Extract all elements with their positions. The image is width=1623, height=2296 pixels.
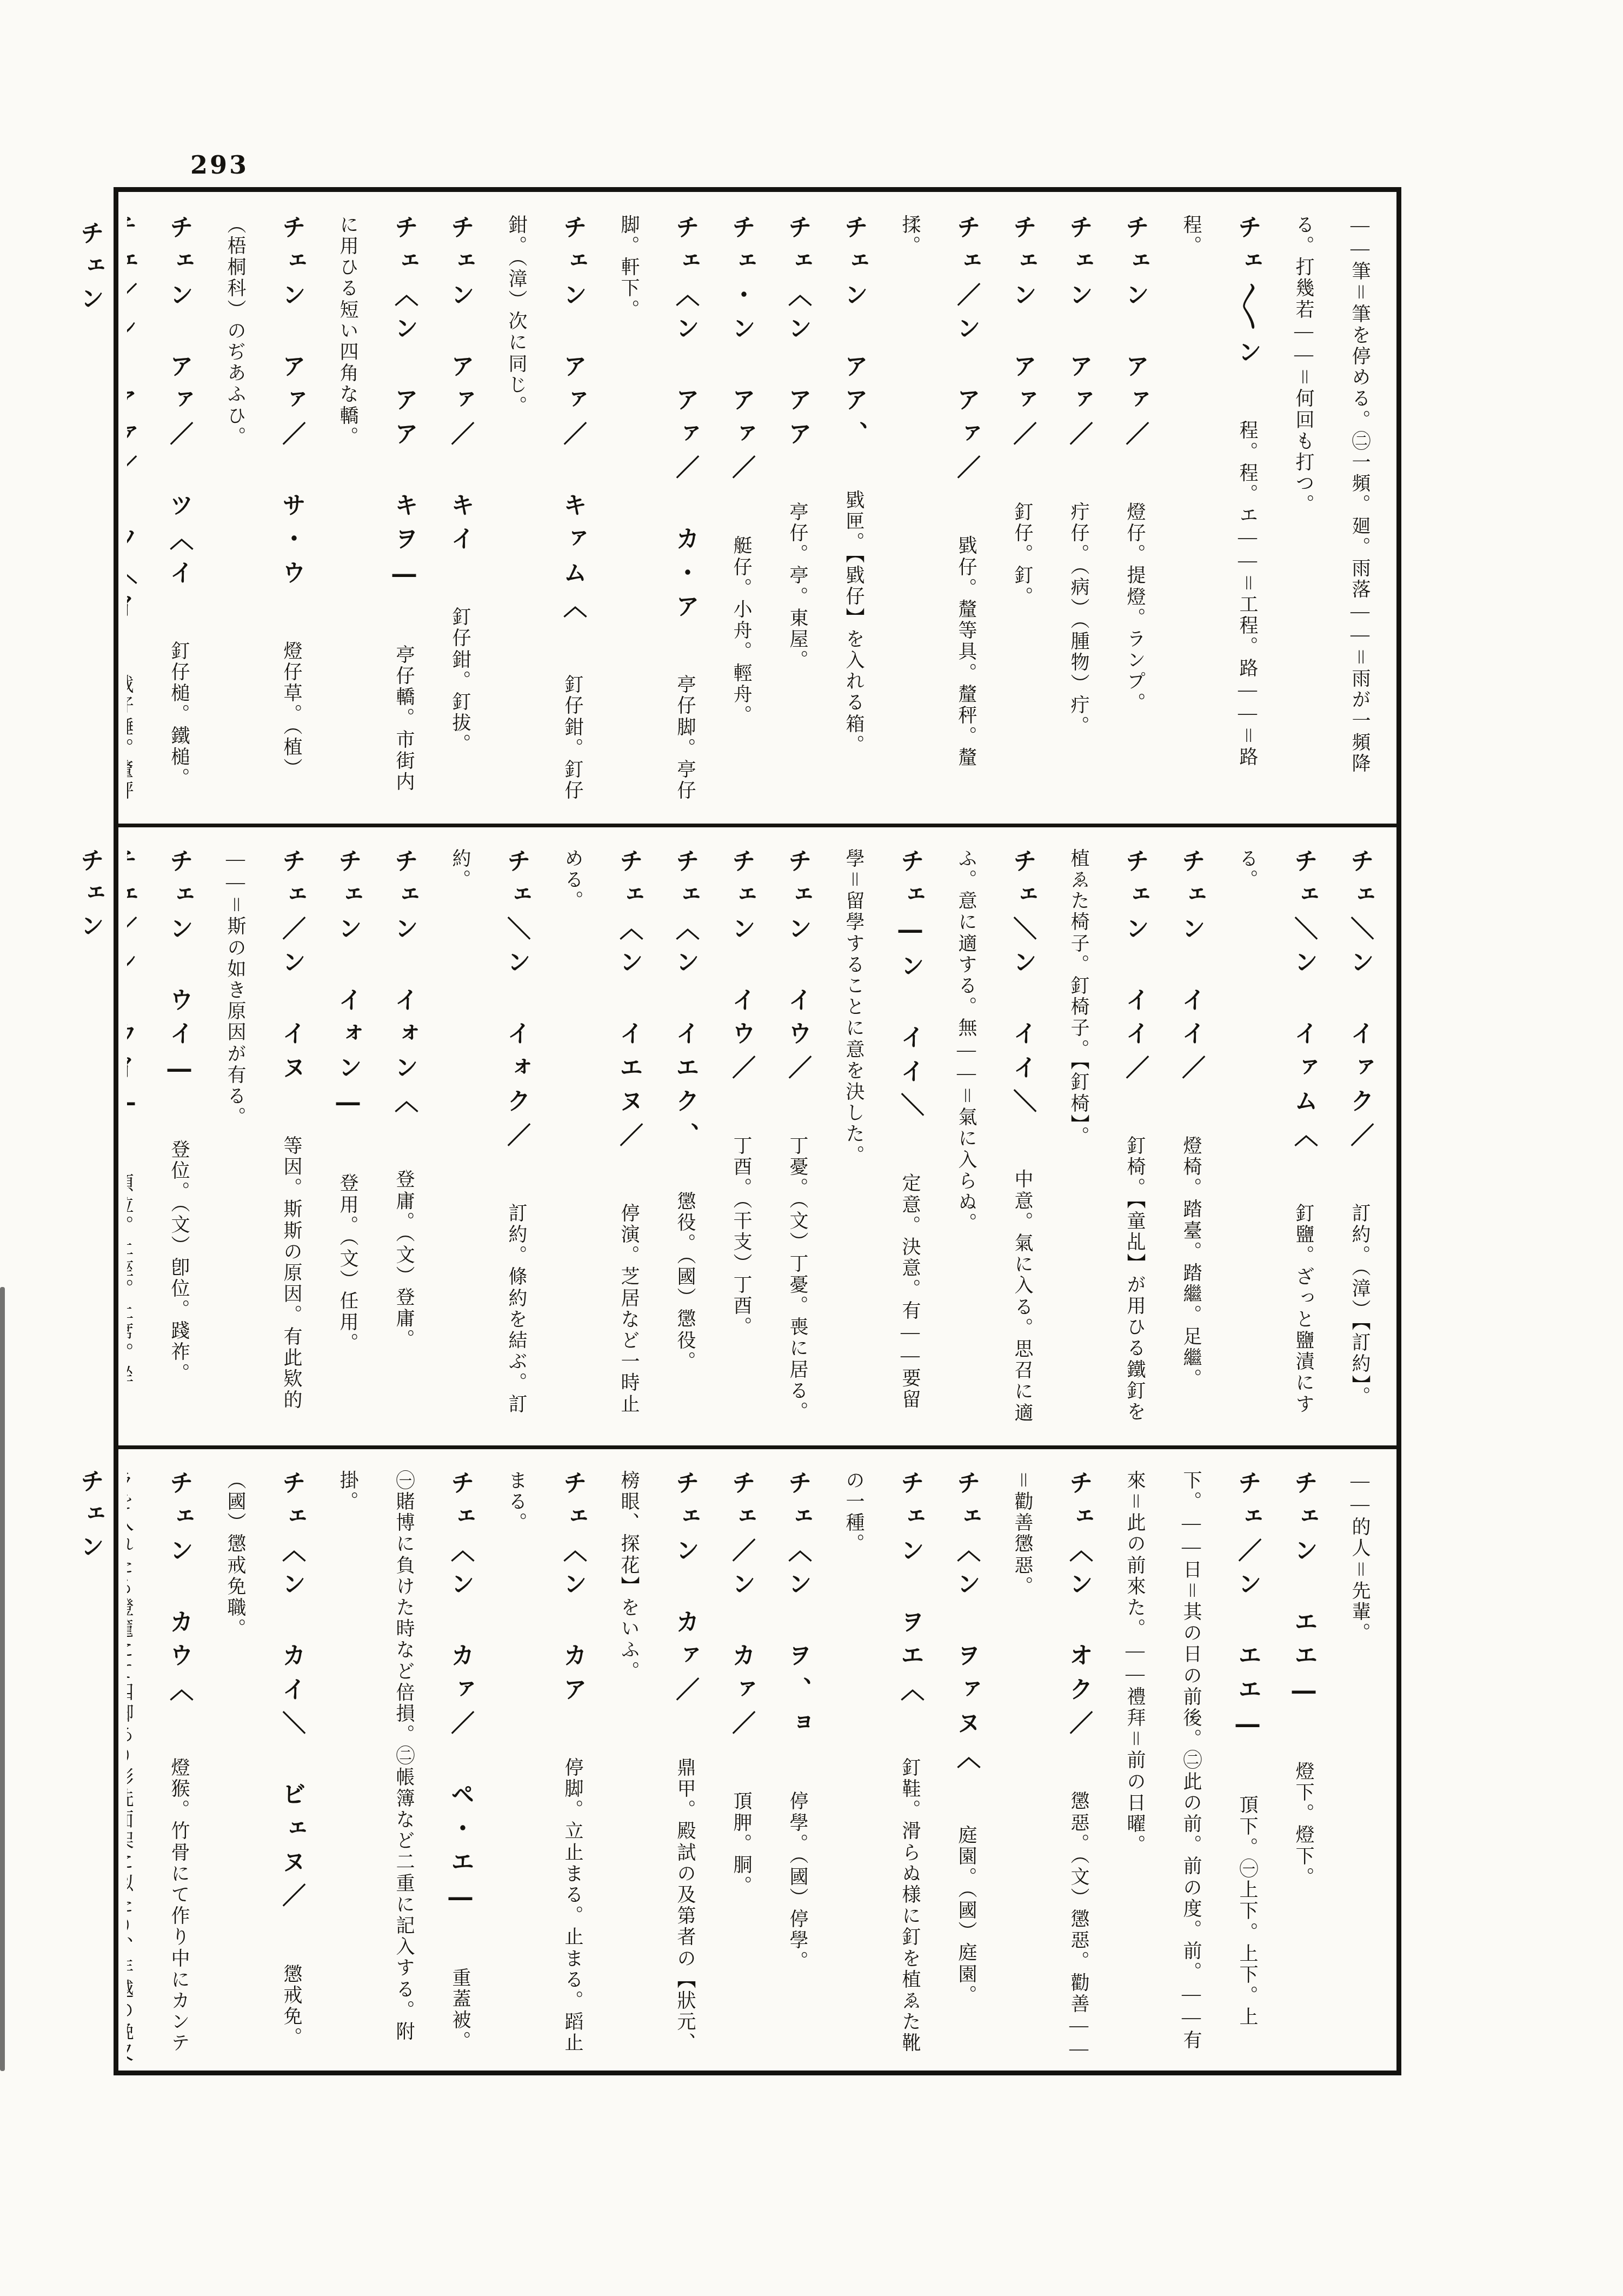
dictionary-entry: チェン イウ／ 丁酉。（干支）丁酉。 (713, 848, 769, 1430)
dictionary-entry: チェ／ン カァ／ 頂胛。胴。 (713, 1470, 769, 2065)
dictionary-entry: チェ／ン イヌ 等因。斯斯の原因。有此欵的――＝斯の如き原因が有る。 (207, 848, 320, 1430)
dictionary-entry: チェン アァ／ 燈仔。提燈。ランプ。 (1107, 215, 1163, 807)
dictionary-entry: チェン アァ／ ツ〈イ 釘仔槌。鐵槌。 (151, 215, 207, 807)
scan-binding-shadow (0, 1287, 5, 2071)
entry-definition: 丁酉。（干支）丁酉。 (731, 1136, 752, 1338)
dictionary-entry: チェ〈ン アア 亭仔。亭。東屋。 (769, 215, 826, 807)
dictionary-entry: チェ／ン エエ― 頂下。㊀上下。上下。上下。――日＝其の日の前後。㊁此の前。前の… (1107, 1470, 1275, 2065)
entry-pronunciation: チェ／ン アァ／ ツ〈イ (127, 215, 137, 674)
dictionary-entry: チェン エエ― 燈下。燈下。 (1275, 1470, 1332, 2065)
entry-definition: 懲役。（國）懲役。 (675, 1191, 696, 1372)
entry-pronunciation: チェン アァ／ サ・ウ (278, 215, 305, 641)
entry-definition: 停學。（國）停學。 (787, 1791, 808, 1973)
entry-definition: ――筆＝筆を停める。㊁一頻。廻。雨落――＝雨が一頻降る。打幾若――＝何回も打つ。 (1293, 215, 1371, 774)
text-band-1: ――筆＝筆を停める。㊁一頻。廻。雨落――＝雨が一頻降る。打幾若――＝何回も打つ。… (127, 215, 1388, 807)
entry-pronunciation: チェン イイ／ (1121, 848, 1149, 1136)
dictionary-entry: チェン ウイ― 登位。（文）卽位。踐祚。 (151, 848, 207, 1430)
dictionary-entry: チェ〈ン カァ／ ペ・エ― 重蓋被。㊀賭博に負けた時など倍損。㊁帳簿など二重に記… (320, 1470, 488, 2065)
dictionary-entry: チェ＼ン イァム〈 釘鹽。ざっと鹽漬にする。 (1219, 848, 1332, 1430)
entry-pronunciation: チェ・ン アァ／ (728, 215, 755, 536)
entry-continuation: ――筆＝筆を停める。㊁一頻。廻。雨落――＝雨が一頻降る。打幾若――＝何回も打つ。 (1275, 215, 1388, 807)
entry-pronunciation: チェ／ン イヌ (278, 848, 305, 1136)
dictionary-entry: チェン アァ／ 釘仔。釘。 (994, 215, 1050, 807)
dictionary-entry: チェン イイ／ 釘椅。【童乩】が用ひる鐵釘を植ゑた椅子。釘椅子。【釘椅】。 (1050, 848, 1163, 1430)
text-band-3: ――的人＝先輩。チェン エエ― 燈下。燈下。チェ／ン エエ― 頂下。㊀上下。上下… (127, 1470, 1388, 2065)
entry-pronunciation: チェン アァ／ キイ (447, 215, 474, 607)
entry-definition: 登用。（文）任用。 (337, 1173, 358, 1355)
dictionary-entry: チェ〈ン オク／ 懲惡。（文）懲惡。勸善――＝勸善懲惡。 (994, 1470, 1107, 2065)
entry-pronunciation: チェ＼ン イァム〈 (1290, 848, 1318, 1203)
margin-guide-word: チェン (75, 221, 107, 319)
dictionary-entry: チェン イォン― 登用。（文）任用。 (320, 848, 376, 1430)
dictionary-entry: チェ〈ン カア 停脚。立止まる。止まる。蹈止まる。 (488, 1470, 601, 2065)
dictionary-entry: チェ〈ン アア キヲ― 亭仔轎。市街内に用ひる短い四角な轎。 (320, 215, 432, 807)
dictionary-entry: チェン カウ〈 燈猴。竹骨にて作り中にカンテラを入れたる燈籠にて四脚あり形洗面架… (127, 1470, 207, 2065)
dictionary-entry: チェン アァ／ サ・ウ 燈仔草。（植）（梧桐科）のぢあふひ。 (207, 215, 320, 807)
dictionary-entry: チェ・ン アァ／ 艇仔。小舟。輕舟。 (713, 215, 769, 807)
entry-pronunciation: チェン アァ／ キァム〈 (559, 215, 587, 674)
entry-pronunciation: チェン カウ〈 (165, 1470, 193, 1757)
entry-definition: 燈下。燈下。 (1293, 1761, 1314, 1888)
entry-definition: 艇仔。小舟。輕舟。 (731, 536, 752, 727)
dictionary-entry: チェン アァ／ キイ 釘仔鉗。釘拔。 (432, 215, 488, 807)
page-frame: ――筆＝筆を停める。㊁一頻。廻。雨落――＝雨が一頻降る。打幾若――＝何回も打つ。… (114, 187, 1401, 2075)
entry-pronunciation: チェン ヲエ〈 (896, 1470, 924, 1757)
entry-definition: 釘仔。釘。 (1012, 502, 1033, 608)
dictionary-entry: チェ／ン アァ／ ツ〈イ 戥仔錘。釐秤の錘。 (127, 215, 151, 807)
entry-pronunciation: チェ〈ン カイ＼ ビェヌ／ (278, 1470, 305, 1964)
entry-definition: 庭園。（國）庭園。 (956, 1825, 977, 2006)
entry-definition: 疔仔。（病）（腫物）疔。 (1068, 502, 1089, 737)
entry-definition: 訂約。（漳）【訂約】。 (1349, 1203, 1371, 1408)
entry-pronunciation: チェ＼ン イォク／ (503, 848, 530, 1203)
entry-definition: 丁憂。（文）丁憂。喪に居る。 (787, 1136, 808, 1423)
entry-pronunciation: チェ／ン アァ／ (953, 215, 980, 536)
entry-definition: 燈椅。踏臺。踏繼。足繼。 (1181, 1136, 1202, 1390)
entry-pronunciation: チェ〈ン アァ／ カ・ア (671, 215, 699, 674)
entry-pronunciation: チェン アァ／ (1121, 215, 1149, 502)
dictionary-entry: チェ―ン イイ＼ 定意。決意。有――要留學＝留學することに意を決した。 (826, 848, 938, 1430)
entry-pronunciation: チェン イウ／ (784, 848, 811, 1136)
dictionary-entry: チェン カァ／ 鼎甲。殿試の及第者の【狀元、榜眼、探花】をいふ。 (601, 1470, 713, 2065)
entry-pronunciation: チェ＼ン イイ＼ (1009, 848, 1036, 1170)
margin-guide-word: チェン (75, 848, 107, 946)
dictionary-entry: チェ＼ン イァク／ 訂約。（漳）【訂約】。 (1332, 848, 1388, 1430)
entry-definition: 登位。（文）卽位。踐祚。 (169, 1139, 190, 1384)
entry-definition: 亭仔。亭。東屋。 (787, 502, 808, 672)
entry-definition: ――的人＝先輩。 (1349, 1470, 1371, 1644)
entry-pronunciation: チェン イォン〈 (390, 848, 418, 1170)
band-divider (118, 824, 1396, 827)
dictionary-entry: チェ〈ン イエク、 懲役。（國）懲役。 (657, 848, 713, 1430)
dictionary-entry: チェ＼ン イイ＼ 中意。氣に入る。思召に適ふ。意に適する。無――＝氣に入らぬ。 (938, 848, 1050, 1430)
entry-pronunciation: チェ／ン エエ― (1234, 1470, 1261, 1795)
entry-pronunciation: チェ〱ン (1234, 215, 1261, 421)
dictionary-entry: チェン アァ／ キァム〈 釘仔鉗。釘仔鉗。（漳）次に同じ。 (488, 215, 601, 807)
entry-pronunciation: チェ〈ン ヲ、ョ (784, 1470, 811, 1791)
entry-pronunciation: チェン アア、 (840, 215, 868, 490)
dictionary-entry: チェ／ン ウイ― 頂位。上座。上席。坐――＝上座に坐る。 (127, 848, 151, 1430)
entry-pronunciation: チェ〈ン イエヌ／ (615, 848, 643, 1203)
entry-definition: 頂胛。胴。 (731, 1791, 752, 1897)
dictionary-entry: チェン イイ／ 燈椅。踏臺。踏繼。足繼。 (1163, 848, 1219, 1430)
entry-pronunciation: チェ＼ン イァク／ (1346, 848, 1374, 1203)
page-number: 293 (190, 150, 249, 180)
entry-pronunciation: チェ／ン ウイ― (127, 848, 137, 1173)
entry-pronunciation: チェ〈ン カア (559, 1470, 587, 1757)
dictionary-entry: チェン ヲエ〈 釘鞋。滑らぬ様に釘を植ゑた靴の一種。 (826, 1470, 938, 2065)
entry-pronunciation: チェン アァ／ ツ〈イ (165, 215, 193, 641)
entry-definition: 燈仔。提燈。ランプ。 (1125, 502, 1146, 714)
entry-definition: 釘仔槌。鐵槌。 (169, 641, 190, 789)
dictionary-entry: チェン アァ／ 疔仔。（病）（腫物）疔。 (1050, 215, 1107, 807)
entry-pronunciation: チェン エエ― (1290, 1470, 1318, 1761)
entry-pronunciation: チェ〈ン ヲァヌ〈 (953, 1470, 980, 1825)
text-band-2: チェ＼ン イァク／ 訂約。（漳）【訂約】。チェ＼ン イァム〈 釘鹽。ざっと鹽漬に… (127, 848, 1388, 1430)
dictionary-entry: チェ＼ン イォク／ 訂約。條約を結ぶ。訂約。 (432, 848, 544, 1430)
dictionary-entry: チェン イォン〈 登庸。（文）登庸。 (376, 848, 432, 1430)
entry-pronunciation: チェ〈ン イエク、 (671, 848, 699, 1191)
dictionary-entry: チェ〱ン 程。程。エ――＝工程。路――＝路程。 (1163, 215, 1275, 807)
dictionary-entry: チェン アア、 戥匣。【戥仔】を入れる箱。 (826, 215, 882, 807)
entry-pronunciation: チェ〈ン カァ／ ペ・エ― (447, 1470, 474, 1968)
entry-pronunciation: チェン イイ／ (1178, 848, 1205, 1136)
entry-definition: 戥匣。【戥仔】を入れる箱。 (843, 490, 864, 756)
dictionary-entry: チェ〈ン アァ／ カ・ア 亭仔脚。亭仔脚。軒下。 (601, 215, 713, 807)
band-divider (118, 1445, 1396, 1449)
dictionary-entry: チェ〈ン ヲ、ョ 停學。（國）停學。 (769, 1470, 826, 2065)
dictionary-entry: チェン イウ／ 丁憂。（文）丁憂。喪に居る。 (769, 848, 826, 1430)
entry-pronunciation: チェ〈ン アア キヲ― (390, 215, 418, 645)
entry-pronunciation: チェ―ン イイ＼ (896, 848, 924, 1173)
entry-pronunciation: チェン アァ／ (1009, 215, 1036, 502)
margin-guide-word: チェン (75, 1469, 107, 1567)
dictionary-entry: チェ〈ン イエヌ／ 停演。芝居など一時止める。 (544, 848, 657, 1430)
entry-pronunciation: チェ／ン カァ／ (728, 1470, 755, 1791)
entry-pronunciation: チェ〈ン アア (784, 215, 811, 502)
entry-pronunciation: チェ〈ン オク／ (1065, 1470, 1093, 1791)
entry-continuation: ――的人＝先輩。 (1332, 1470, 1388, 2065)
entry-definition: 釘仔鉗。釘拔。 (450, 607, 471, 755)
dictionary-entry: チェ〈ン ヲァヌ〈 庭園。（國）庭園。 (938, 1470, 994, 2065)
entry-pronunciation: チェン カァ／ (671, 1470, 699, 1757)
entry-pronunciation: チェン ウイ― (165, 848, 193, 1139)
dictionary-entry: チェ〈ン カイ＼ ビェヌ／ 懲戒免。（國）懲戒免職。 (207, 1470, 320, 2065)
entry-pronunciation: チェン イウ／ (728, 848, 755, 1136)
dictionary-entry: チェ／ン アァ／ 戥仔。釐等具。釐秤。釐揉。 (882, 215, 994, 807)
entry-definition: 登庸。（文）登庸。 (394, 1170, 415, 1351)
entry-pronunciation: チェン イォン― (334, 848, 362, 1173)
entry-pronunciation: チェン アァ／ (1065, 215, 1093, 502)
